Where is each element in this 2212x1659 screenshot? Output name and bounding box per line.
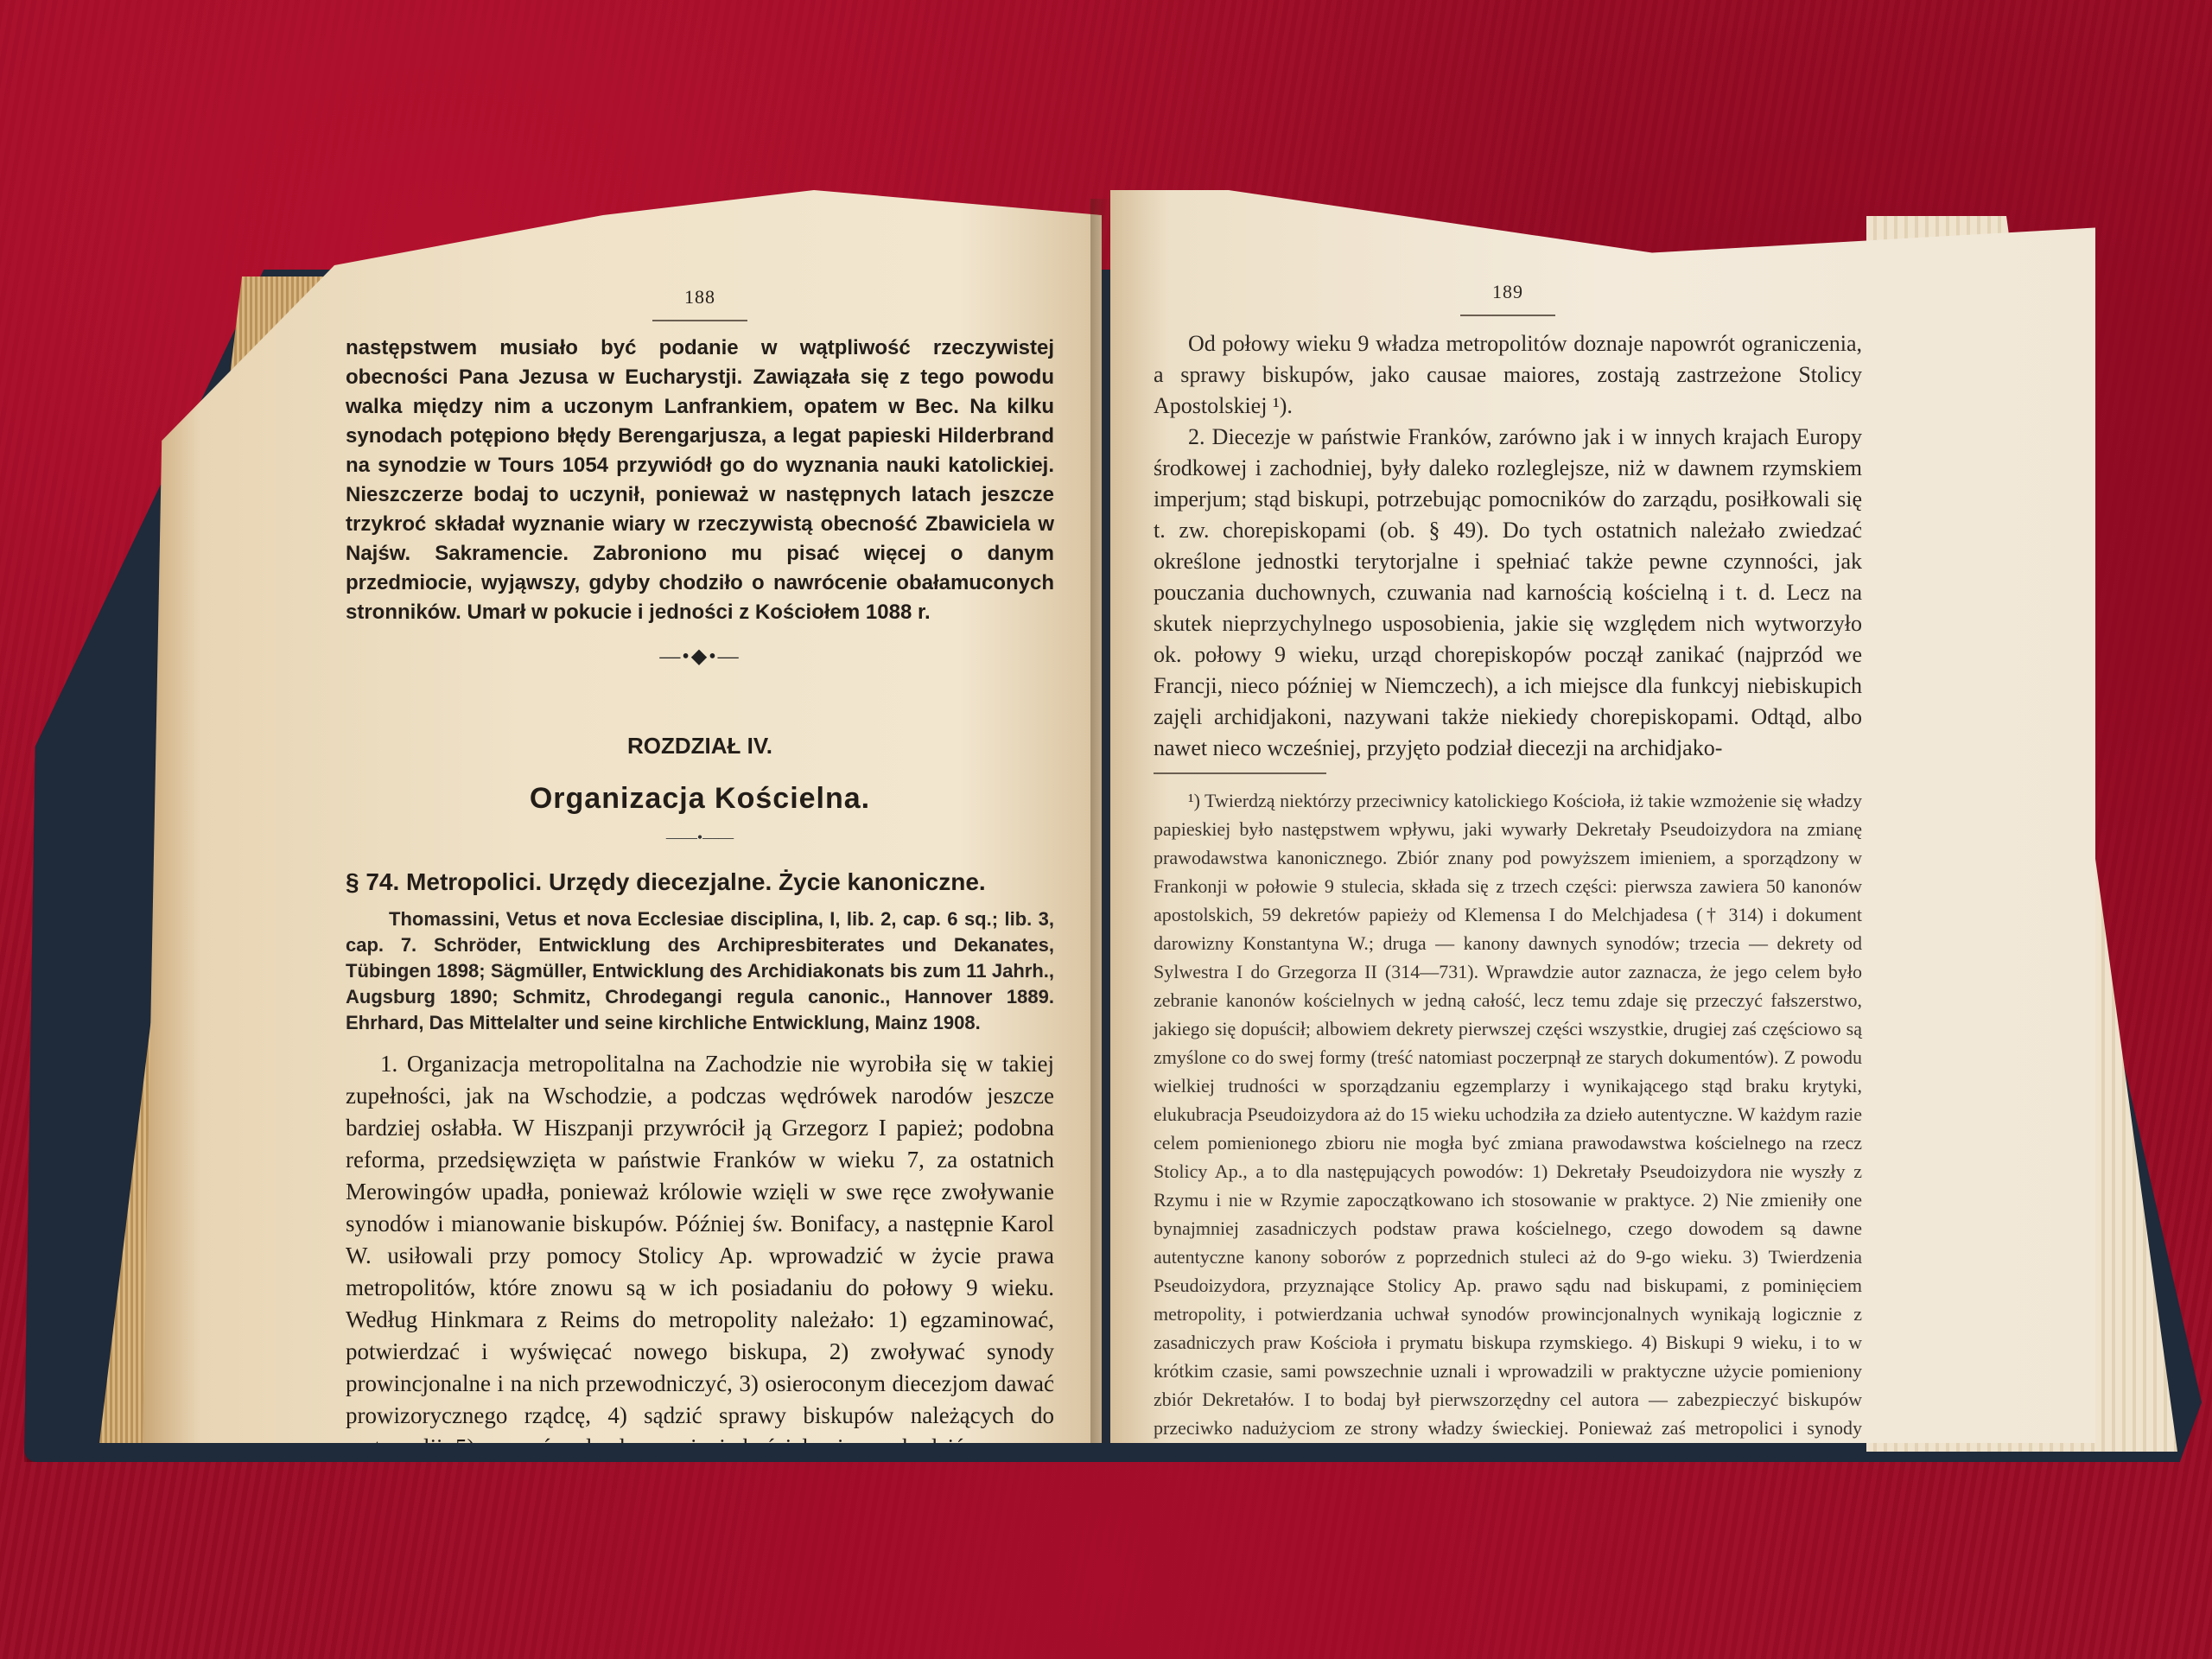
left-page: 188 następstwem musiało być podanie w wą…	[143, 190, 1102, 1443]
section-heading: § 74. Metropolici. Urzędy diecezjalne. Ż…	[346, 866, 1054, 898]
photo-scene: 188 następstwem musiało być podanie w wą…	[0, 0, 2212, 1659]
footnote-rule	[1154, 772, 1326, 774]
section-ornament: —•◆•—	[346, 641, 1054, 673]
page-number-rule	[1460, 315, 1555, 316]
chapter-title: Organizacja Kościelna.	[346, 783, 1054, 815]
page-number: 189	[1154, 276, 1862, 308]
paragraph-2: 2. Diecezje w państwie Franków, zarówno …	[1154, 422, 1862, 764]
right-page: 189 Od połowy wieku 9 władza metropolitó…	[1110, 190, 2095, 1443]
chapter-label: ROZDZIAŁ IV.	[346, 730, 1054, 762]
page-number-rule	[652, 320, 747, 321]
body-paragraph: 1. Organizacja metropolitalna na Zachodz…	[346, 1048, 1054, 1443]
title-ornament: ——•——	[346, 822, 1054, 854]
page-number: 188	[346, 281, 1054, 313]
footnote: ¹) Twierdzą niektórzy przeciwnicy katoli…	[1154, 786, 1862, 1443]
paragraph-1: Od połowy wieku 9 władza metropolitów do…	[1154, 328, 1862, 422]
continuation-paragraph: następstwem musiało być podanie w wątpli…	[346, 334, 1054, 627]
bibliography: Thomassini, Vetus et nova Ecclesiae disc…	[346, 906, 1054, 1036]
